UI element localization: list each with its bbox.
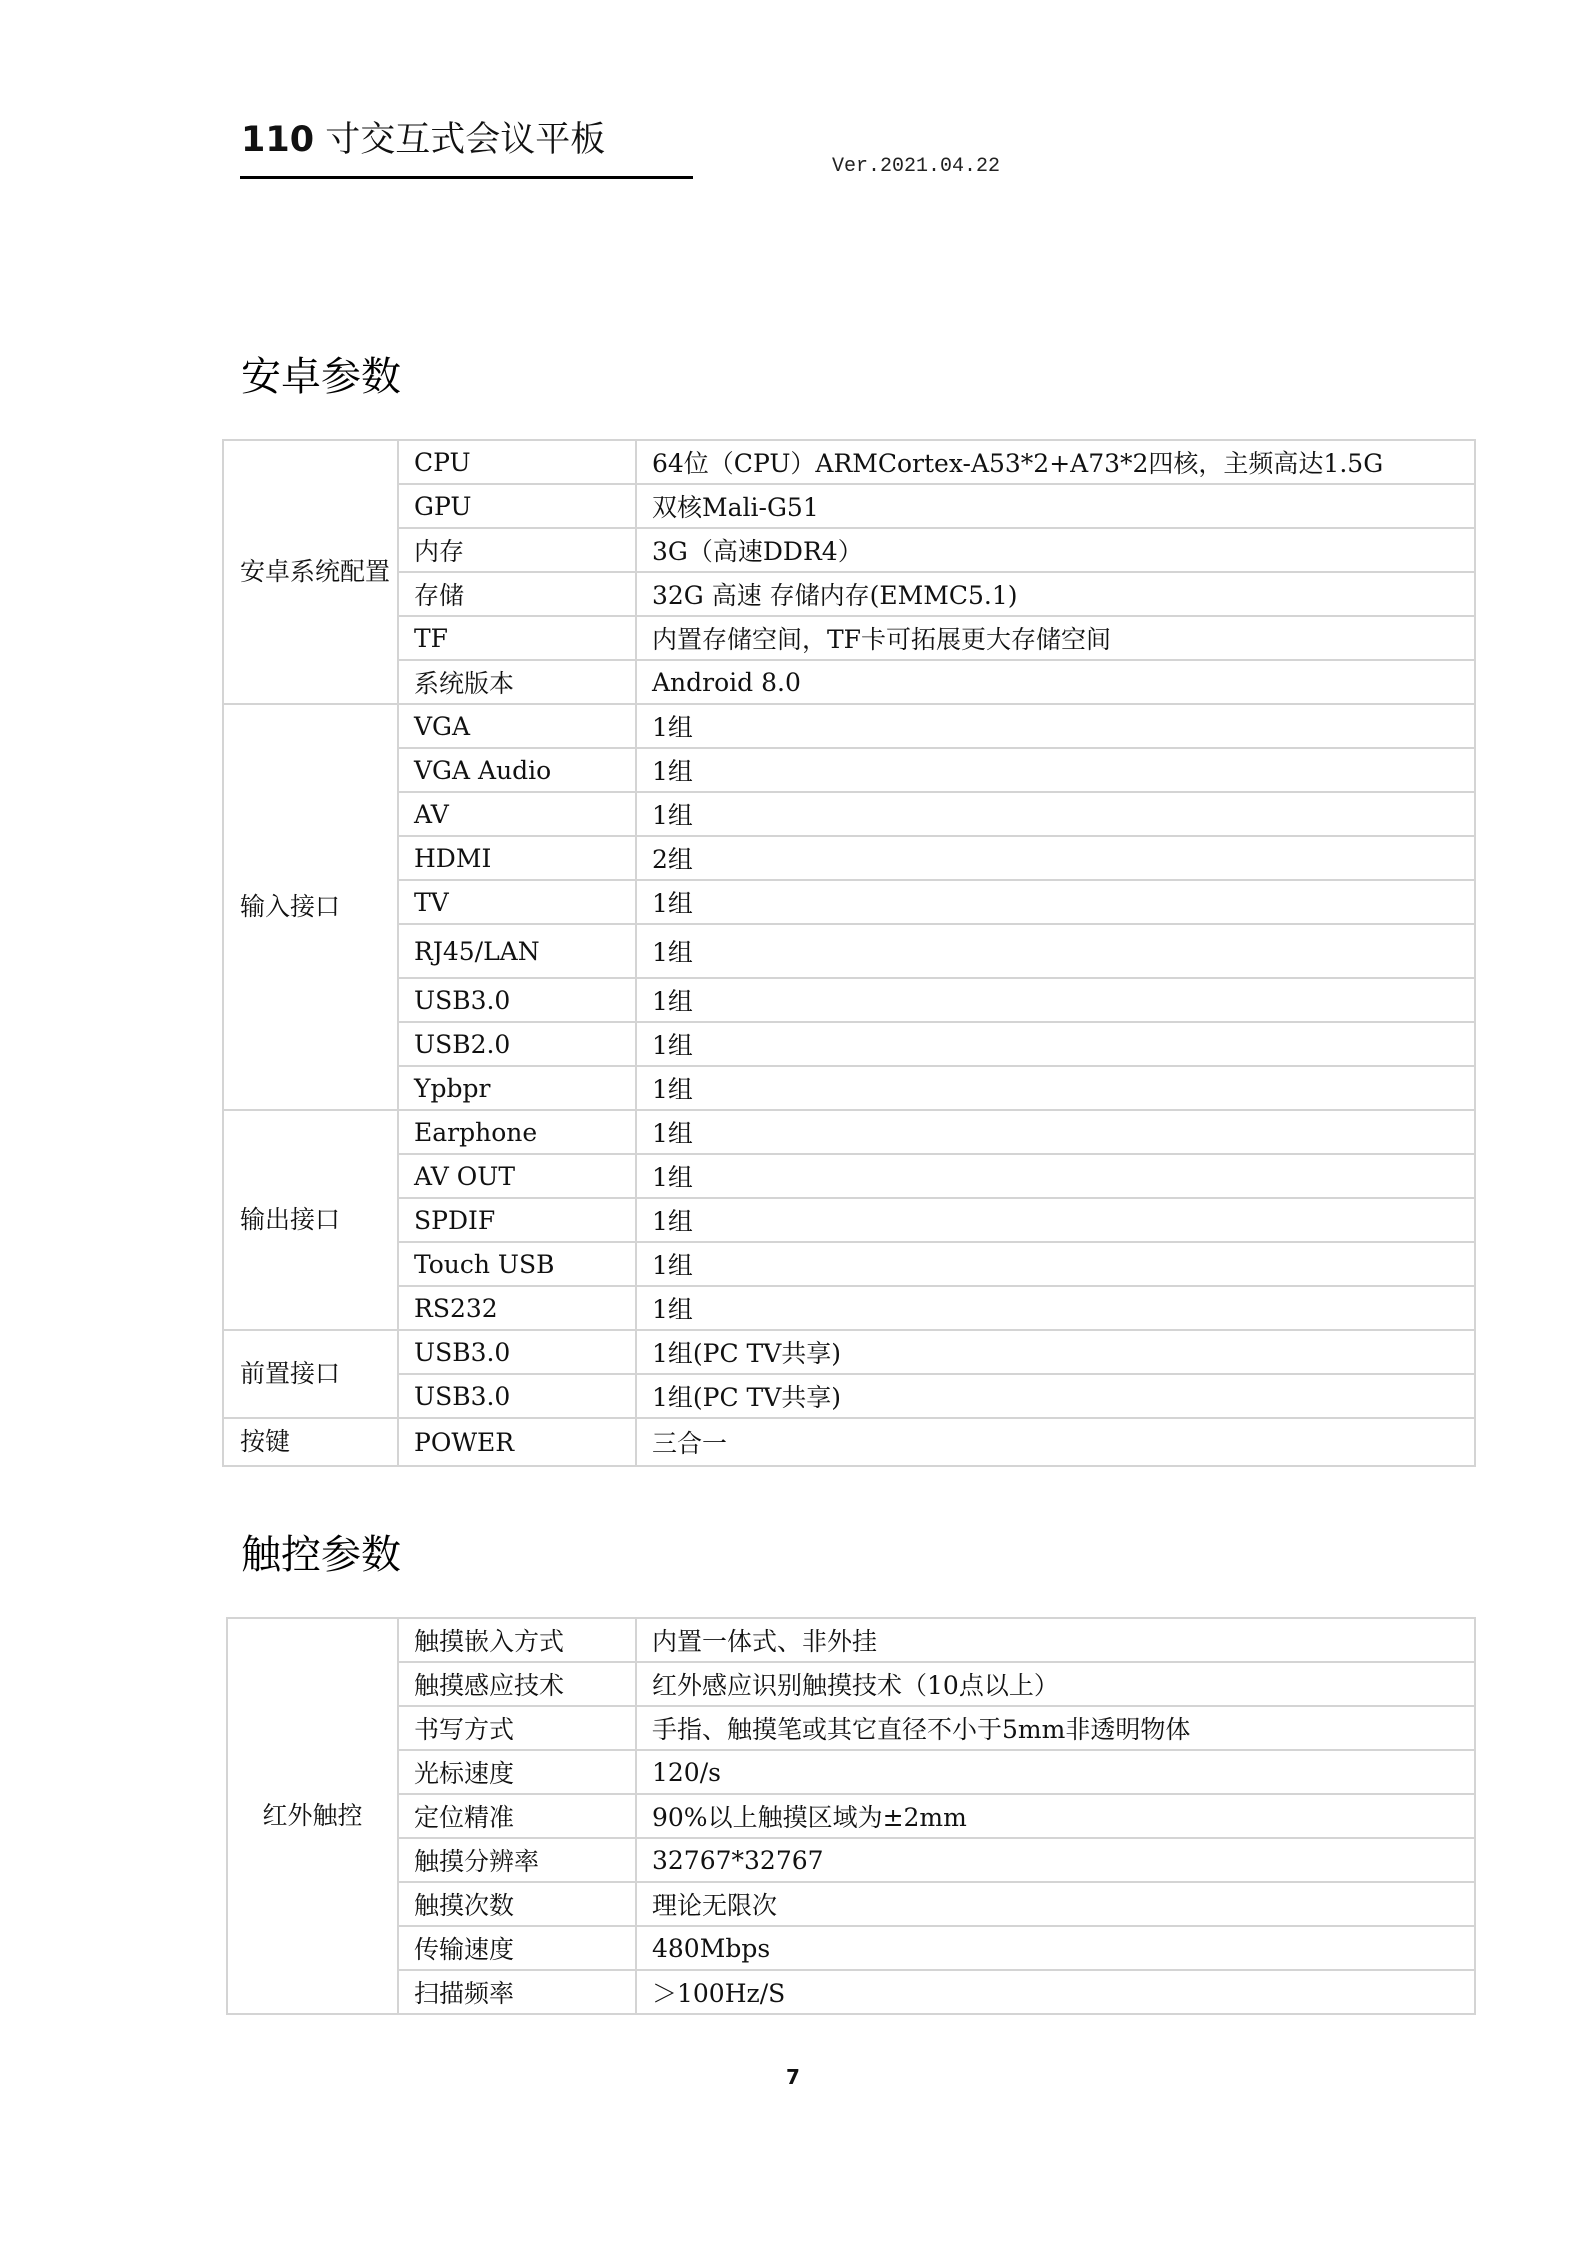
spec-label: USB3.0 xyxy=(398,1330,636,1374)
table-row: 系统版本 Android 8.0 xyxy=(223,660,1475,704)
spec-label: VGA Audio xyxy=(398,748,636,792)
spec-label: USB3.0 xyxy=(398,978,636,1022)
table-row: 触摸感应技术 红外感应识别触摸技术（10点以上） xyxy=(227,1662,1475,1706)
spec-label: 传输速度 xyxy=(398,1926,636,1970)
spec-label: Earphone xyxy=(398,1110,636,1154)
spec-value: 双核Mali-G51 xyxy=(636,484,1475,528)
spec-value: 1组 xyxy=(636,1022,1475,1066)
spec-value: 3G（高速DDR4） xyxy=(636,528,1475,572)
spec-value: 1组 xyxy=(636,1066,1475,1110)
spec-value: 红外感应识别触摸技术（10点以上） xyxy=(636,1662,1475,1706)
spec-label: USB2.0 xyxy=(398,1022,636,1066)
table-row: Touch USB 1组 xyxy=(223,1242,1475,1286)
spec-value: 1组 xyxy=(636,924,1475,978)
group-cell: 前置接口 xyxy=(223,1330,398,1418)
table-row: 书写方式 手指、触摸笔或其它直径不小于5mm非透明物体 xyxy=(227,1706,1475,1750)
table-row: SPDIF 1组 xyxy=(223,1198,1475,1242)
spec-label: VGA xyxy=(398,704,636,748)
spec-label: 系统版本 xyxy=(398,660,636,704)
spec-value: 32G 高速 存储内存(EMMC5.1) xyxy=(636,572,1475,616)
spec-value: 内置存储空间，TF卡可拓展更大存储空间 xyxy=(636,616,1475,660)
spec-label: 书写方式 xyxy=(398,1706,636,1750)
table-row: RJ45/LAN 1组 xyxy=(223,924,1475,978)
spec-label: 内存 xyxy=(398,528,636,572)
spec-value: 1组(PC TV共享) xyxy=(636,1374,1475,1418)
touch-spec-table: 红外触控 触摸嵌入方式 内置一体式、非外挂 触摸感应技术 红外感应识别触摸技术（… xyxy=(226,1617,1476,2015)
spec-value: 理论无限次 xyxy=(636,1882,1475,1926)
spec-label: RS232 xyxy=(398,1286,636,1330)
spec-value: 手指、触摸笔或其它直径不小于5mm非透明物体 xyxy=(636,1706,1475,1750)
title-text: 寸交互式会议平板 xyxy=(314,120,605,160)
spec-label: 扫描频率 xyxy=(398,1970,636,2014)
table-row: 触摸次数 理论无限次 xyxy=(227,1882,1475,1926)
spec-value: 1组 xyxy=(636,1198,1475,1242)
spec-label: CPU xyxy=(398,440,636,484)
spec-label: HDMI xyxy=(398,836,636,880)
spec-label: USB3.0 xyxy=(398,1374,636,1418)
table-row: AV OUT 1组 xyxy=(223,1154,1475,1198)
table-row: Ypbpr 1组 xyxy=(223,1066,1475,1110)
spec-value: 1组 xyxy=(636,1286,1475,1330)
table-row: USB3.0 1组(PC TV共享) xyxy=(223,1374,1475,1418)
spec-label: 触摸次数 xyxy=(398,1882,636,1926)
spec-value: 2组 xyxy=(636,836,1475,880)
table-row: 安卓系统配置 CPU 64位（CPU）ARMCortex-A53*2+A73*2… xyxy=(223,440,1475,484)
table-row: 光标速度 120/s xyxy=(227,1750,1475,1794)
document-title: 110 寸交互式会议平板 xyxy=(241,116,605,164)
table-row: 内存 3G（高速DDR4） xyxy=(223,528,1475,572)
table-row: USB3.0 1组 xyxy=(223,978,1475,1022)
spec-label: 触摸分辨率 xyxy=(398,1838,636,1882)
table-row: 定位精准 90%以上触摸区域为±2mm xyxy=(227,1794,1475,1838)
spec-label: AV OUT xyxy=(398,1154,636,1198)
spec-value: 480Mbps xyxy=(636,1926,1475,1970)
table-row: GPU 双核Mali-G51 xyxy=(223,484,1475,528)
table-row: RS232 1组 xyxy=(223,1286,1475,1330)
spec-value: 内置一体式、非外挂 xyxy=(636,1618,1475,1662)
spec-label: TF xyxy=(398,616,636,660)
group-cell: 输入接口 xyxy=(223,704,398,1110)
spec-value: Android 8.0 xyxy=(636,660,1475,704)
spec-value: 64位（CPU）ARMCortex-A53*2+A73*2四核，主频高达1.5G xyxy=(636,440,1475,484)
group-cell: 输出接口 xyxy=(223,1110,398,1330)
group-cell: 按键 xyxy=(223,1418,398,1466)
spec-value: 1组(PC TV共享) xyxy=(636,1330,1475,1374)
spec-value: 1组 xyxy=(636,1154,1475,1198)
page-number: 7 xyxy=(786,2065,800,2089)
spec-label: 触摸嵌入方式 xyxy=(398,1618,636,1662)
spec-label: Ypbpr xyxy=(398,1066,636,1110)
table-row: 存储 32G 高速 存储内存(EMMC5.1) xyxy=(223,572,1475,616)
spec-label: 触摸感应技术 xyxy=(398,1662,636,1706)
table-row: 红外触控 触摸嵌入方式 内置一体式、非外挂 xyxy=(227,1618,1475,1662)
spec-value: 1组 xyxy=(636,1110,1475,1154)
spec-value: 1组 xyxy=(636,880,1475,924)
group-cell: 安卓系统配置 xyxy=(223,440,398,704)
table-row: AV 1组 xyxy=(223,792,1475,836)
spec-label: 光标速度 xyxy=(398,1750,636,1794)
spec-label: GPU xyxy=(398,484,636,528)
spec-label: AV xyxy=(398,792,636,836)
title-number: 110 xyxy=(241,120,314,160)
table-row: 输入接口 VGA 1组 xyxy=(223,704,1475,748)
spec-value: 1组 xyxy=(636,748,1475,792)
table-row: 按键 POWER 三合一 xyxy=(223,1418,1475,1466)
spec-value: 1组 xyxy=(636,704,1475,748)
table-row: TF 内置存储空间，TF卡可拓展更大存储空间 xyxy=(223,616,1475,660)
spec-value: ＞100Hz/S xyxy=(636,1970,1475,2014)
spec-label: 定位精准 xyxy=(398,1794,636,1838)
android-spec-table: 安卓系统配置 CPU 64位（CPU）ARMCortex-A53*2+A73*2… xyxy=(222,439,1476,1467)
table-row: TV 1组 xyxy=(223,880,1475,924)
version-label: Ver.2021.04.22 xyxy=(832,155,1000,178)
spec-label: SPDIF xyxy=(398,1198,636,1242)
spec-value: 120/s xyxy=(636,1750,1475,1794)
spec-value: 32767*32767 xyxy=(636,1838,1475,1882)
table-row: HDMI 2组 xyxy=(223,836,1475,880)
section-title-android: 安卓参数 xyxy=(241,352,401,402)
table-row: 传输速度 480Mbps xyxy=(227,1926,1475,1970)
spec-label: 存储 xyxy=(398,572,636,616)
spec-value: 1组 xyxy=(636,1242,1475,1286)
spec-value: 90%以上触摸区域为±2mm xyxy=(636,1794,1475,1838)
spec-value: 1组 xyxy=(636,792,1475,836)
table-row: 输出接口 Earphone 1组 xyxy=(223,1110,1475,1154)
table-row: USB2.0 1组 xyxy=(223,1022,1475,1066)
table-row: 触摸分辨率 32767*32767 xyxy=(227,1838,1475,1882)
spec-label: TV xyxy=(398,880,636,924)
table-row: VGA Audio 1组 xyxy=(223,748,1475,792)
group-cell: 红外触控 xyxy=(227,1618,398,2014)
table-row: 扫描频率 ＞100Hz/S xyxy=(227,1970,1475,2014)
spec-label: Touch USB xyxy=(398,1242,636,1286)
spec-value: 三合一 xyxy=(636,1418,1475,1466)
table-row: 前置接口 USB3.0 1组(PC TV共享) xyxy=(223,1330,1475,1374)
spec-value: 1组 xyxy=(636,978,1475,1022)
header-underline xyxy=(240,176,693,179)
spec-label: POWER xyxy=(398,1418,636,1466)
spec-label: RJ45/LAN xyxy=(398,924,636,978)
section-title-touch: 触控参数 xyxy=(241,1530,401,1580)
